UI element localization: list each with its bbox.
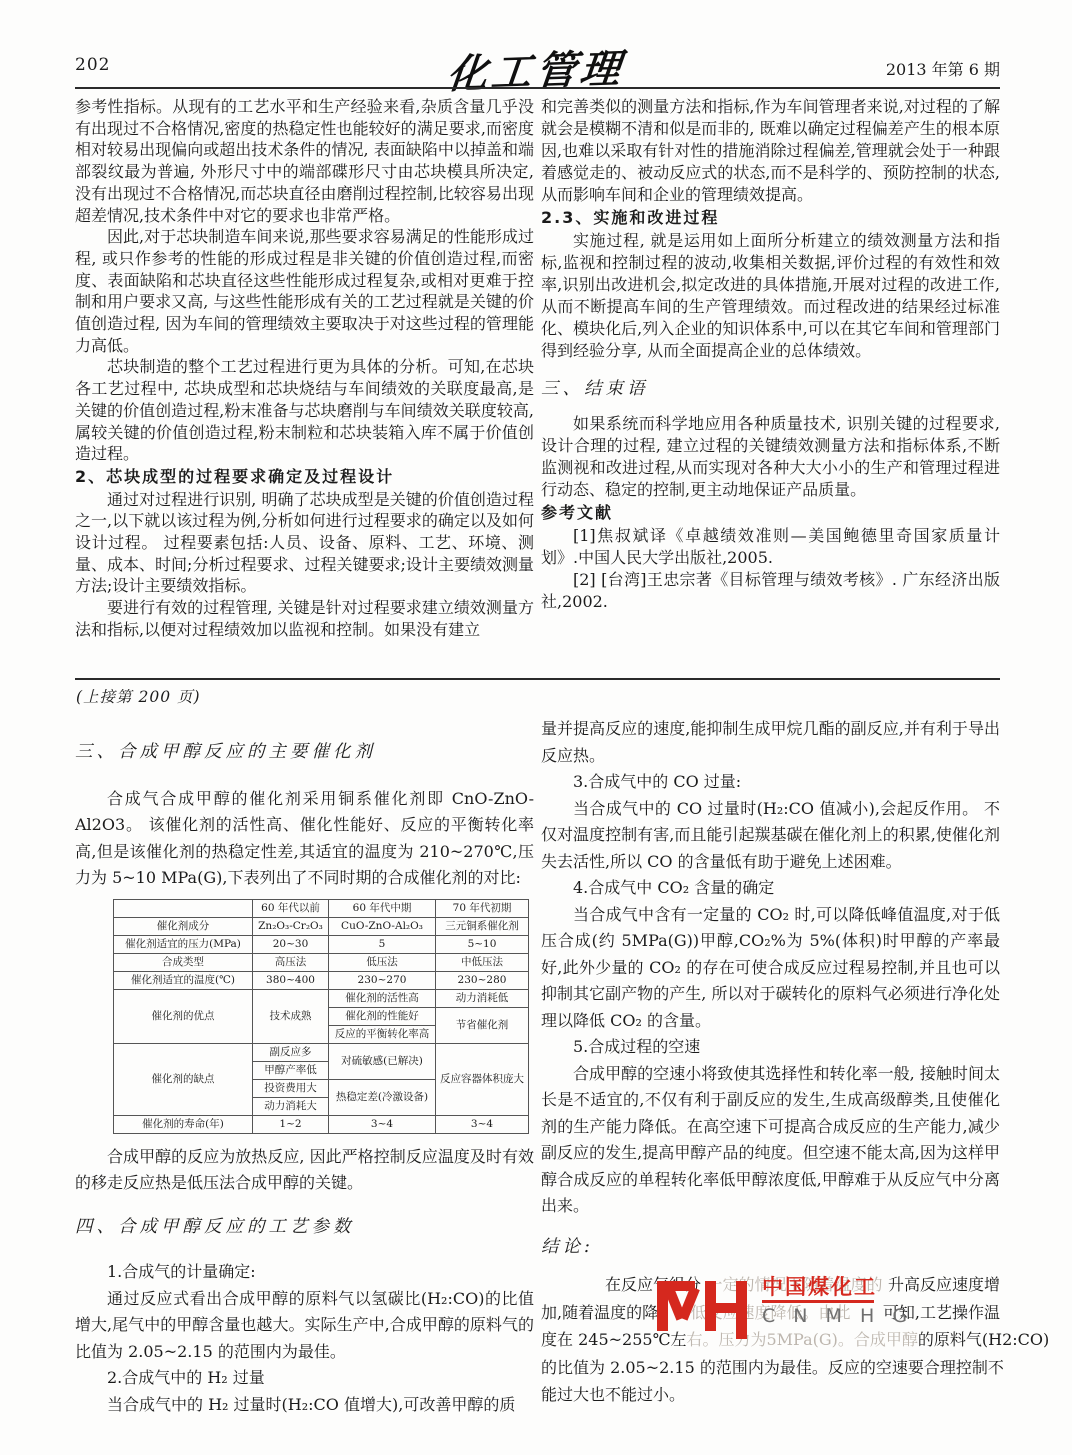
table-cell: 技术成熟 — [253, 989, 329, 1043]
table-row: 催化剂的优点 技术成熟 催化剂的活性高 动力消耗低 — [114, 989, 529, 1007]
paragraph: 合成气合成甲醇的催化剂采用铜系催化剂即 CnO-ZnO-Al2O3。 该催化剂的… — [75, 786, 534, 892]
table-cell: Zn₂O₃-Cr₂O₃ — [253, 917, 329, 935]
table-cell: 三元铜系催化剂 — [436, 917, 529, 935]
paragraph: 量并提高反应的速度,能抑制生成甲烷几酯的副反应,并有利于导出反应热。 — [541, 716, 1000, 769]
page-number: 202 — [75, 55, 110, 75]
table-cell: 230~270 — [329, 971, 436, 989]
conclusion-paragraph: 在反应气组分 一定的情况下随着温度的 升高反应速度增 加,随着温度的降 低反应速… — [541, 1271, 1000, 1409]
table-cell: 5 — [329, 935, 436, 953]
paragraph: 合成甲醇的空速小将致使其选择性和转化率一般, 接触时间太长是不适宜的,不仅有利于… — [541, 1061, 1000, 1220]
section-heading-kaiti: 三、合成甲醇反应的主要催化剂 — [75, 739, 534, 766]
paragraph: 如果系统而科学地应用各种质量技术, 识别关键的过程要求, 设计合理的过程, 建立… — [541, 413, 1000, 501]
reference-item: [1]焦叔斌译《卓越绩效准则—美国鲍德里奇国家质量计划》.中国人民大学出版社,2… — [541, 525, 1000, 569]
journal-masthead: 化工管理 — [445, 37, 628, 100]
table-row: 60 年代以前 60 年代中期 70 年代初期 — [114, 899, 529, 917]
table-row: 催化剂的寿命(年) 1~2 3~4 3~4 — [114, 1115, 529, 1133]
conclusion-line: 能过大也不能过小。 — [541, 1381, 1000, 1409]
table-cell: 5~10 — [436, 935, 529, 953]
catalyst-comparison-table: 60 年代以前 60 年代中期 70 年代初期 催化剂成分 Zn₂O₃-Cr₂O… — [113, 899, 529, 1134]
table-cell: 3~4 — [436, 1115, 529, 1133]
table-cell: 催化剂的活性高 — [329, 989, 436, 1007]
issue-label: 2013 年第 6 期 — [886, 57, 1000, 80]
table-cell: 1~2 — [253, 1115, 329, 1133]
cnmhg-logo-icon — [657, 1275, 753, 1341]
watermark-rule — [762, 1300, 874, 1303]
section-heading-bold: 2.3、实施和改进过程 — [541, 207, 1000, 229]
numbered-subheading: 3.合成气中的 CO 过量: — [541, 769, 1000, 796]
table-cell: 高压法 — [253, 953, 329, 971]
table-cell: 催化剂的寿命(年) — [114, 1115, 253, 1133]
text-fragment: 加,随着温度的降 — [541, 1299, 658, 1327]
paragraph: 通过对过程进行识别, 明确了芯块成型是关键的价值创造过程之一,以下就以该过程为例… — [75, 489, 534, 598]
table-cell: CuO-ZnO-Al₂O₃ — [329, 917, 436, 935]
lower-left-column: 三、合成甲醇反应的主要催化剂 合成气合成甲醇的催化剂采用铜系催化剂即 CnO-Z… — [75, 726, 534, 1418]
table-cell: 催化剂适宜的压力(MPa) — [114, 935, 253, 953]
paragraph: 当合成气中的 H₂ 过量时(H₂:CO 值增大),可改善甲醇的质 — [75, 1392, 534, 1419]
continuation-note: (上接第 200 页) — [76, 685, 201, 707]
header-rule — [75, 87, 1000, 89]
table-row: 催化剂适宜的压力(MPa) 20~30 5 5~10 — [114, 935, 529, 953]
table-cell: 20~30 — [253, 935, 329, 953]
watermark-subtitle: C N M H G — [762, 1305, 913, 1327]
watermark-text-block: 中国煤化工 C N M H G — [762, 1275, 913, 1327]
section-heading-bold: 2、芯块成型的过程要求确定及过程设计 — [75, 466, 534, 488]
table-cell: 反应容器体积庞大 — [436, 1043, 529, 1115]
table-cell: 中低压法 — [436, 953, 529, 971]
paragraph: 实施过程, 就是运用如上面所分析建立的绩效测量方法和指标,监视和控制过程的波动,… — [541, 230, 1000, 362]
table-cell: 动力消耗低 — [436, 989, 529, 1007]
journal-page: 202 化工管理 2013 年第 6 期 参考性指标。从现有的工艺水平和生产经验… — [0, 0, 1072, 1455]
upper-left-column: 参考性指标。从现有的工艺水平和生产经验来看,杂质含量几乎没有出现过不合格情况,密… — [75, 96, 534, 641]
paragraph: 当合成气中的 CO 过量时(H₂:CO 值减小),会起反作用。 不仅对温度控制有… — [541, 796, 1000, 876]
table-cell: 低压法 — [329, 953, 436, 971]
table-row: 合成类型 高压法 低压法 中低压法 — [114, 953, 529, 971]
paragraph: 因此,对于芯块制造车间来说,那些要求容易满足的性能形成过程, 或只作参考的性能的… — [75, 226, 534, 356]
paragraph: 和完善类似的测量方法和指标,作为车间管理者来说,对过程的了解就会是模糊不清和似是… — [541, 96, 1000, 206]
table-cell: 60 年代以前 — [253, 899, 329, 917]
reference-item: [2] [台湾]王忠宗著《目标管理与绩效考核》. 广东经济出版社,2002. — [541, 569, 1000, 613]
table-cell: 甲醇产率低 — [253, 1061, 329, 1079]
section-heading-kaiti: 四、合成甲醇反应的工艺参数 — [75, 1214, 534, 1241]
lower-right-column: 量并提高反应的速度,能抑制生成甲烷几酯的副反应,并有利于导出反应热。 3.合成气… — [541, 716, 1000, 1409]
table-cell: 副反应多 — [253, 1043, 329, 1061]
numbered-subheading: 5.合成过程的空速 — [541, 1034, 1000, 1061]
table-cell: 合成类型 — [114, 953, 253, 971]
table-cell: 催化剂成分 — [114, 917, 253, 935]
conclusion-heading: 结论: — [541, 1234, 1000, 1261]
upper-right-column: 和完善类似的测量方法和指标,作为车间管理者来说,对过程的了解就会是模糊不清和似是… — [541, 96, 1000, 613]
table-cell: 70 年代初期 — [436, 899, 529, 917]
table-cell: 催化剂的优点 — [114, 989, 253, 1043]
table-row: 催化剂适宜的温度(℃) 380~400 230~270 230~280 — [114, 971, 529, 989]
table-cell: 催化剂适宜的温度(℃) — [114, 971, 253, 989]
table-cell: 动力消耗大 — [253, 1097, 329, 1115]
text-fragment: 的原料气(H2:CO) — [918, 1326, 1049, 1354]
references-heading: 参考文献 — [541, 502, 1000, 524]
table-cell: 反应的平衡转化率高 — [329, 1025, 436, 1043]
section-divider-rule — [75, 678, 1000, 680]
paragraph: 合成甲醇的反应为放热反应, 因此严格控制反应温度及时有效的移走反应热是低压法合成… — [75, 1144, 534, 1197]
paragraph: 要进行有效的过程管理, 关键是针对过程要求建立绩效测量方法和指标,以便对过程绩效… — [75, 597, 534, 640]
table-cell: 60 年代中期 — [329, 899, 436, 917]
table-cell: 380~400 — [253, 971, 329, 989]
table-cell — [114, 899, 253, 917]
paragraph: 芯块制造的整个工艺过程进行更为具体的分析。可知,在芯块各工艺过程中, 芯块成型和… — [75, 356, 534, 465]
paragraph: 当合成气中含有一定量的 CO₂ 时,可以降低峰值温度,对于低压合成(约 5MPa… — [541, 902, 1000, 1035]
numbered-subheading: 1.合成气的计量确定: — [75, 1259, 534, 1286]
table-cell: 催化剂的性能好 — [329, 1007, 436, 1025]
table-row: 催化剂成分 Zn₂O₃-Cr₂O₃ CuO-ZnO-Al₂O₃ 三元铜系催化剂 — [114, 917, 529, 935]
paragraph: 参考性指标。从现有的工艺水平和生产经验来看,杂质含量几乎没有出现过不合格情况,密… — [75, 96, 534, 226]
section-heading-kaiti: 三、结束语 — [541, 378, 1000, 400]
table-row: 催化剂的缺点 副反应多 对硫敏感(已解决) 反应容器体积庞大 — [114, 1043, 529, 1061]
table-cell: 对硫敏感(已解决) — [329, 1043, 436, 1079]
table-cell: 热稳定差(冷激设备) — [329, 1079, 436, 1115]
numbered-subheading: 2.合成气中的 H₂ 过量 — [75, 1365, 534, 1392]
paragraph: 通过反应式看出合成甲醇的原料气以氢碳比(H₂:CO)的比值增大,尾气中的甲醇含量… — [75, 1286, 534, 1366]
watermark-title: 中国煤化工 — [762, 1275, 913, 1299]
table-cell: 3~4 — [329, 1115, 436, 1133]
conclusion-line: 的比值为 2.05~2.15 的范围内为最佳。反应的空速要合理控制不 — [541, 1354, 1000, 1382]
table-cell: 节省催化剂 — [436, 1007, 529, 1043]
table-cell: 230~280 — [436, 971, 529, 989]
table-cell: 投资费用大 — [253, 1079, 329, 1097]
table-cell: 催化剂的缺点 — [114, 1043, 253, 1115]
numbered-subheading: 4.合成气中 CO₂ 含量的确定 — [541, 875, 1000, 902]
cnmhg-watermark: 中国煤化工 C N M H G — [657, 1275, 913, 1341]
